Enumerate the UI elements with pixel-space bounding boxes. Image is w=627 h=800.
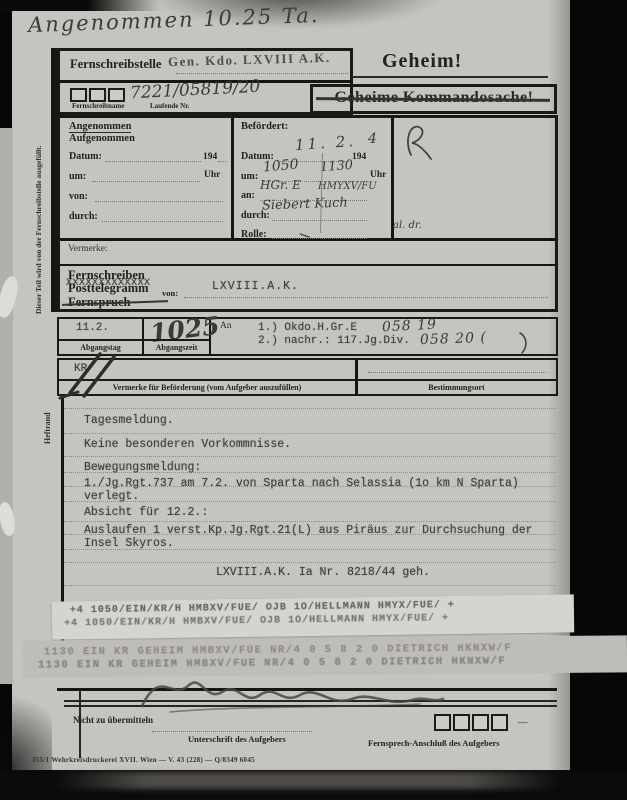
abgangstag-label: Abgangstag — [59, 343, 142, 352]
field-line — [102, 221, 223, 222]
geheim-stamp: Geheim! — [382, 50, 462, 73]
handwritten-time-2: 1130 — [320, 158, 354, 175]
ruled-line — [64, 456, 556, 457]
bestimmungsort-field-line — [368, 372, 546, 373]
aufgenommen-label: Aufgenommen — [69, 133, 135, 144]
recipient-2-number: 058 20 ( — [420, 330, 487, 348]
signature-line-1 — [64, 700, 557, 702]
paper-left-edge — [0, 128, 13, 684]
uhr-label: Uhr — [370, 170, 386, 180]
von-label: von: — [69, 191, 88, 202]
serial-checkbox — [89, 88, 106, 102]
field-line — [95, 201, 223, 202]
ruled-line — [64, 521, 556, 522]
unterschrift-label: Unterschrift des Aufgebers — [188, 734, 286, 744]
message-line: Bewegungsmeldung: — [84, 461, 201, 474]
message-line: Keine besonderen Vorkommnisse. — [84, 438, 291, 451]
kr-priority-mark: KR — [74, 363, 87, 375]
angenommen-label: Angenommen — [69, 121, 131, 133]
rolle-label: Rolle: — [241, 229, 267, 240]
abgangszeit-label: Abgangszeit — [144, 343, 209, 352]
an-label: an: — [241, 190, 255, 201]
ruled-line — [64, 408, 556, 409]
phone-box — [472, 714, 489, 731]
posttelegramm-overstrike: XXXXXXXXXXXXX — [66, 278, 151, 289]
handwritten-durch: Siebert Kuch — [262, 196, 348, 214]
durch-label: durch: — [69, 211, 98, 222]
year-prefix: 194 — [352, 152, 366, 162]
handwritten-an-2: HMYXV/FU — [318, 181, 377, 192]
scan-bottom-smear — [55, 772, 560, 789]
recipient-2-typed: 2.) nachr.: 117.Jg.Div. — [258, 335, 410, 347]
vermerke-label: Vermerke: — [68, 244, 108, 254]
handwritten-year: 4 — [368, 131, 377, 147]
row-divider — [57, 264, 558, 266]
handwritten-an-1: HGr. E — [260, 178, 301, 192]
sender-field-line — [184, 297, 548, 298]
bestimmungsort-label: Bestimmungsort — [357, 383, 556, 392]
befoerdert-label: Befördert: — [241, 121, 288, 132]
serial-checkbox — [70, 88, 87, 102]
handwritten-time-1: 1050 — [262, 156, 299, 175]
cell-divider — [231, 115, 234, 240]
message-line: Auslaufen 1 verst.Kp.Jg.Rgt.21(L) aus Pi… — [84, 524, 533, 537]
fernschreibname-label: Fernschreibname — [72, 102, 124, 110]
datum-label: Datum: — [69, 151, 102, 162]
phone-box — [434, 714, 451, 731]
field-line — [272, 238, 367, 239]
von-label: von: — [162, 288, 178, 298]
footer-top-line — [57, 688, 557, 691]
pencil-dash: — — [517, 716, 528, 729]
message-line: Absicht für 12.2.: — [84, 506, 208, 519]
phone-box — [453, 714, 470, 731]
laufende-nr-label: Laufende Nr. — [150, 102, 189, 110]
field-line — [105, 161, 201, 162]
teletype-strip-2: 1130 EIN KR GEHEIM HMBXV/FUE NR/4 0 5 8 … — [22, 635, 627, 677]
um-label: um: — [69, 171, 86, 182]
um-label: um: — [241, 171, 258, 182]
fernsprech-anschluss-label: Fernsprech-Anschluß des Aufgebers — [368, 738, 500, 748]
message-line: Tagesmeldung. — [84, 414, 174, 427]
geheim-underline — [352, 76, 548, 78]
message-line: 1./Jg.Rgt.737 am 7.2. von Sparta nach Se… — [84, 477, 519, 490]
margin-note-vertical: Dieser Teil wird von der Fernschreibstel… — [34, 52, 43, 314]
phone-box — [491, 714, 508, 731]
sender-typed: LXVIII.A.K. — [212, 280, 299, 293]
befoerderung-label: Vermerke für Beförderung (vom Aufgeber a… — [59, 383, 355, 392]
nicht-uebermitteln-label: Nicht zu übermitteln — [73, 715, 153, 725]
serial-checkbox — [108, 88, 125, 102]
signature-line-2 — [64, 705, 557, 707]
message-signature-line: LXVIII.A.K. Ia Nr. 8218/44 geh. — [216, 566, 430, 579]
heftrand-label: Heftrand — [43, 392, 52, 444]
message-line: verlegt. — [84, 490, 139, 503]
ruled-line — [64, 433, 556, 434]
field-line — [218, 161, 226, 162]
field-line — [92, 181, 200, 182]
abgangstag-value: 11.2. — [76, 322, 109, 334]
ruled-line — [64, 562, 556, 563]
printer-imprint: 355/1 Wehrkreisdruckerei XVII. Wien — V.… — [32, 756, 255, 764]
teletype-strip-1: +4 1050/EIN/KR/H HMBXV/FUE/ OJB 1O/HELLM… — [52, 594, 574, 639]
scanned-telegram-form: Angenommen 10.25 Ta. Dieser Teil wird vo… — [0, 0, 627, 800]
signature-dotted-line — [152, 731, 312, 732]
recipient-1-typed: 1.) Okdo.H.Gr.E — [258, 322, 357, 334]
an-column-label: An — [220, 321, 232, 331]
handwritten-side-note: al. dr. — [393, 220, 422, 231]
uhr-label: Uhr — [204, 170, 220, 180]
year-prefix: 194 — [203, 152, 217, 162]
station-field-line — [176, 73, 348, 74]
ruled-line — [64, 585, 556, 586]
fernschreibstelle-label: Fernschreibstelle — [70, 57, 161, 72]
message-line: Insel Skyros. — [84, 537, 174, 550]
